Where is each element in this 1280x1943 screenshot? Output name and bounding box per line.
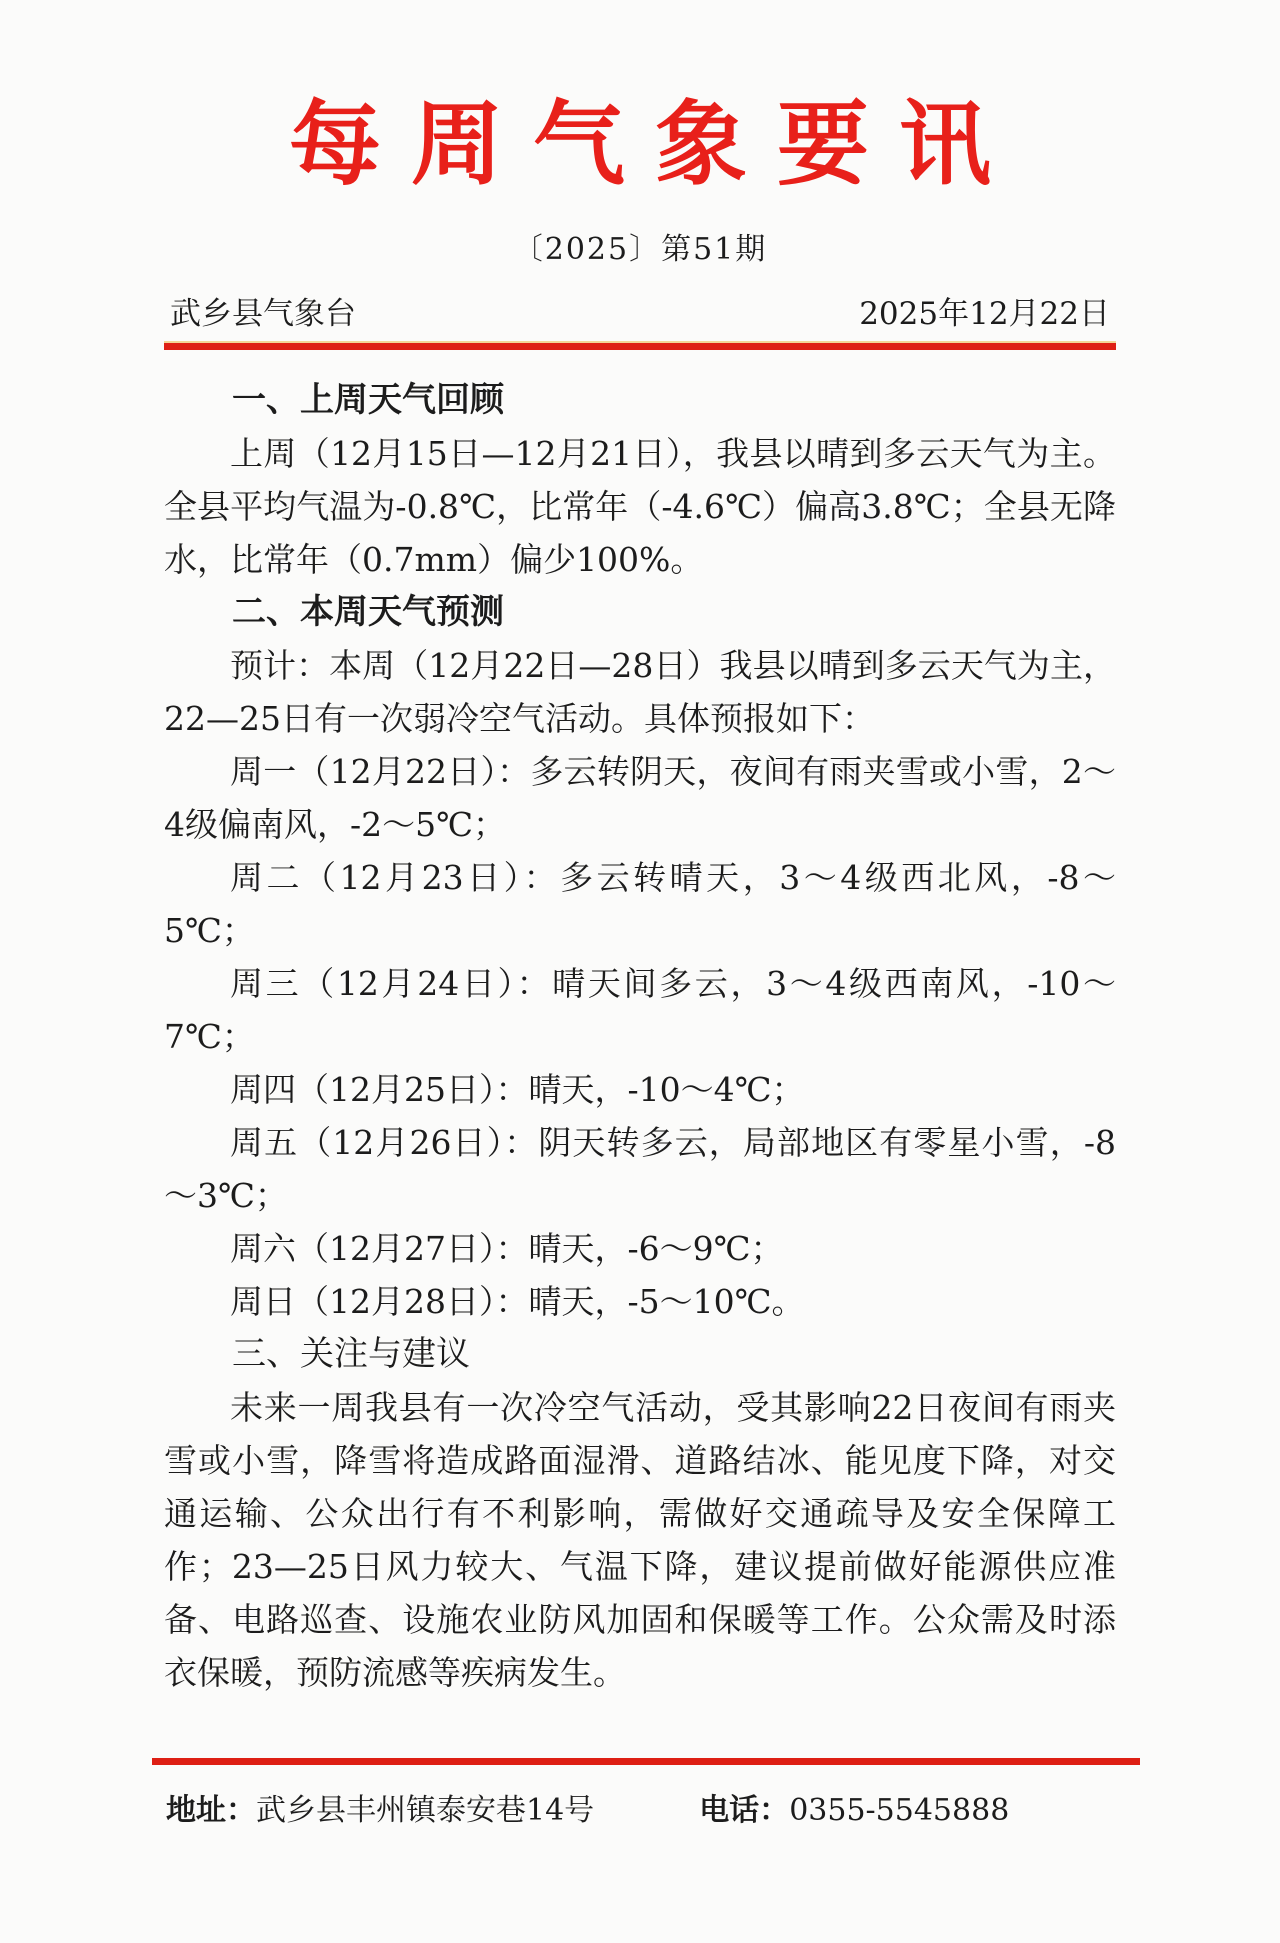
paragraph-forecast-friday: 周五（12月26日）：阴天转多云，局部地区有零星小雪，-8～3℃； [164, 1116, 1116, 1222]
footer-address: 地址：武乡县丰州镇泰安巷14号 [166, 1785, 594, 1829]
document-header-row: 武乡县气象台 2025年12月22日 [164, 288, 1116, 333]
weather-bulletin-document: 每周气象要讯 〔2025〕第51期 武乡县气象台 2025年12月22日 一、上… [0, 0, 1280, 1943]
footer-divider-rule [152, 1758, 1140, 1765]
paragraph-forecast-intro: 预计：本周（12月22日—28日）我县以晴到多云天气为主，22—25日有一次弱冷… [164, 639, 1116, 745]
phone-label: 电话： [699, 1794, 789, 1827]
paragraph-advice: 未来一周我县有一次冷空气活动，受其影响22日夜间有雨夹雪或小雪，降雪将造成路面湿… [164, 1381, 1116, 1699]
section-heading-last-week-review: 一、上周天气回顾 [164, 374, 1116, 427]
section-heading-advice: 三、关注与建议 [164, 1328, 1116, 1381]
document-content: 每周气象要讯 〔2025〕第51期 武乡县气象台 2025年12月22日 一、上… [164, 0, 1116, 1699]
section-heading-this-week-forecast: 二、本周天气预测 [164, 586, 1116, 639]
paragraph-forecast-tuesday: 周二（12月23日）：多云转晴天，3～4级西北风，-8～5℃； [164, 851, 1116, 957]
paragraph-forecast-saturday: 周六（12月27日）：晴天，-6～9℃； [164, 1222, 1116, 1275]
address-label: 地址： [166, 1794, 256, 1827]
document-body: 一、上周天气回顾 上周（12月15日—12月21日），我县以晴到多云天气为主。全… [164, 374, 1116, 1699]
phone-value: 0355-5545888 [789, 1793, 1009, 1828]
paragraph-forecast-monday: 周一（12月22日）：多云转阴天，夜间有雨夹雪或小雪，2～4级偏南风，-2～5℃… [164, 745, 1116, 851]
issue-number: 〔2025〕第51期 [164, 224, 1116, 268]
paragraph-forecast-wednesday: 周三（12月24日）：晴天间多云，3～4级西南风，-10～7℃； [164, 957, 1116, 1063]
paragraph-last-week-summary: 上周（12月15日—12月21日），我县以晴到多云天气为主。全县平均气温为-0.… [164, 427, 1116, 586]
paragraph-forecast-thursday: 周四（12月25日）：晴天，-10～4℃； [164, 1063, 1116, 1116]
header-divider-rule [164, 343, 1116, 350]
footer-phone: 电话：0355-5545888 [699, 1785, 1009, 1829]
page-title: 每周气象要讯 [164, 92, 1116, 198]
issue-date: 2025年12月22日 [859, 288, 1110, 333]
paragraph-forecast-sunday: 周日（12月28日）：晴天，-5～10℃。 [164, 1275, 1116, 1328]
document-footer: 地址：武乡县丰州镇泰安巷14号 电话：0355-5545888 [152, 1758, 1140, 1829]
address-value: 武乡县丰州镇泰安巷14号 [256, 1793, 594, 1828]
footer-contact-row: 地址：武乡县丰州镇泰安巷14号 电话：0355-5545888 [152, 1785, 1140, 1829]
issuing-agency: 武乡县气象台 [170, 288, 356, 333]
